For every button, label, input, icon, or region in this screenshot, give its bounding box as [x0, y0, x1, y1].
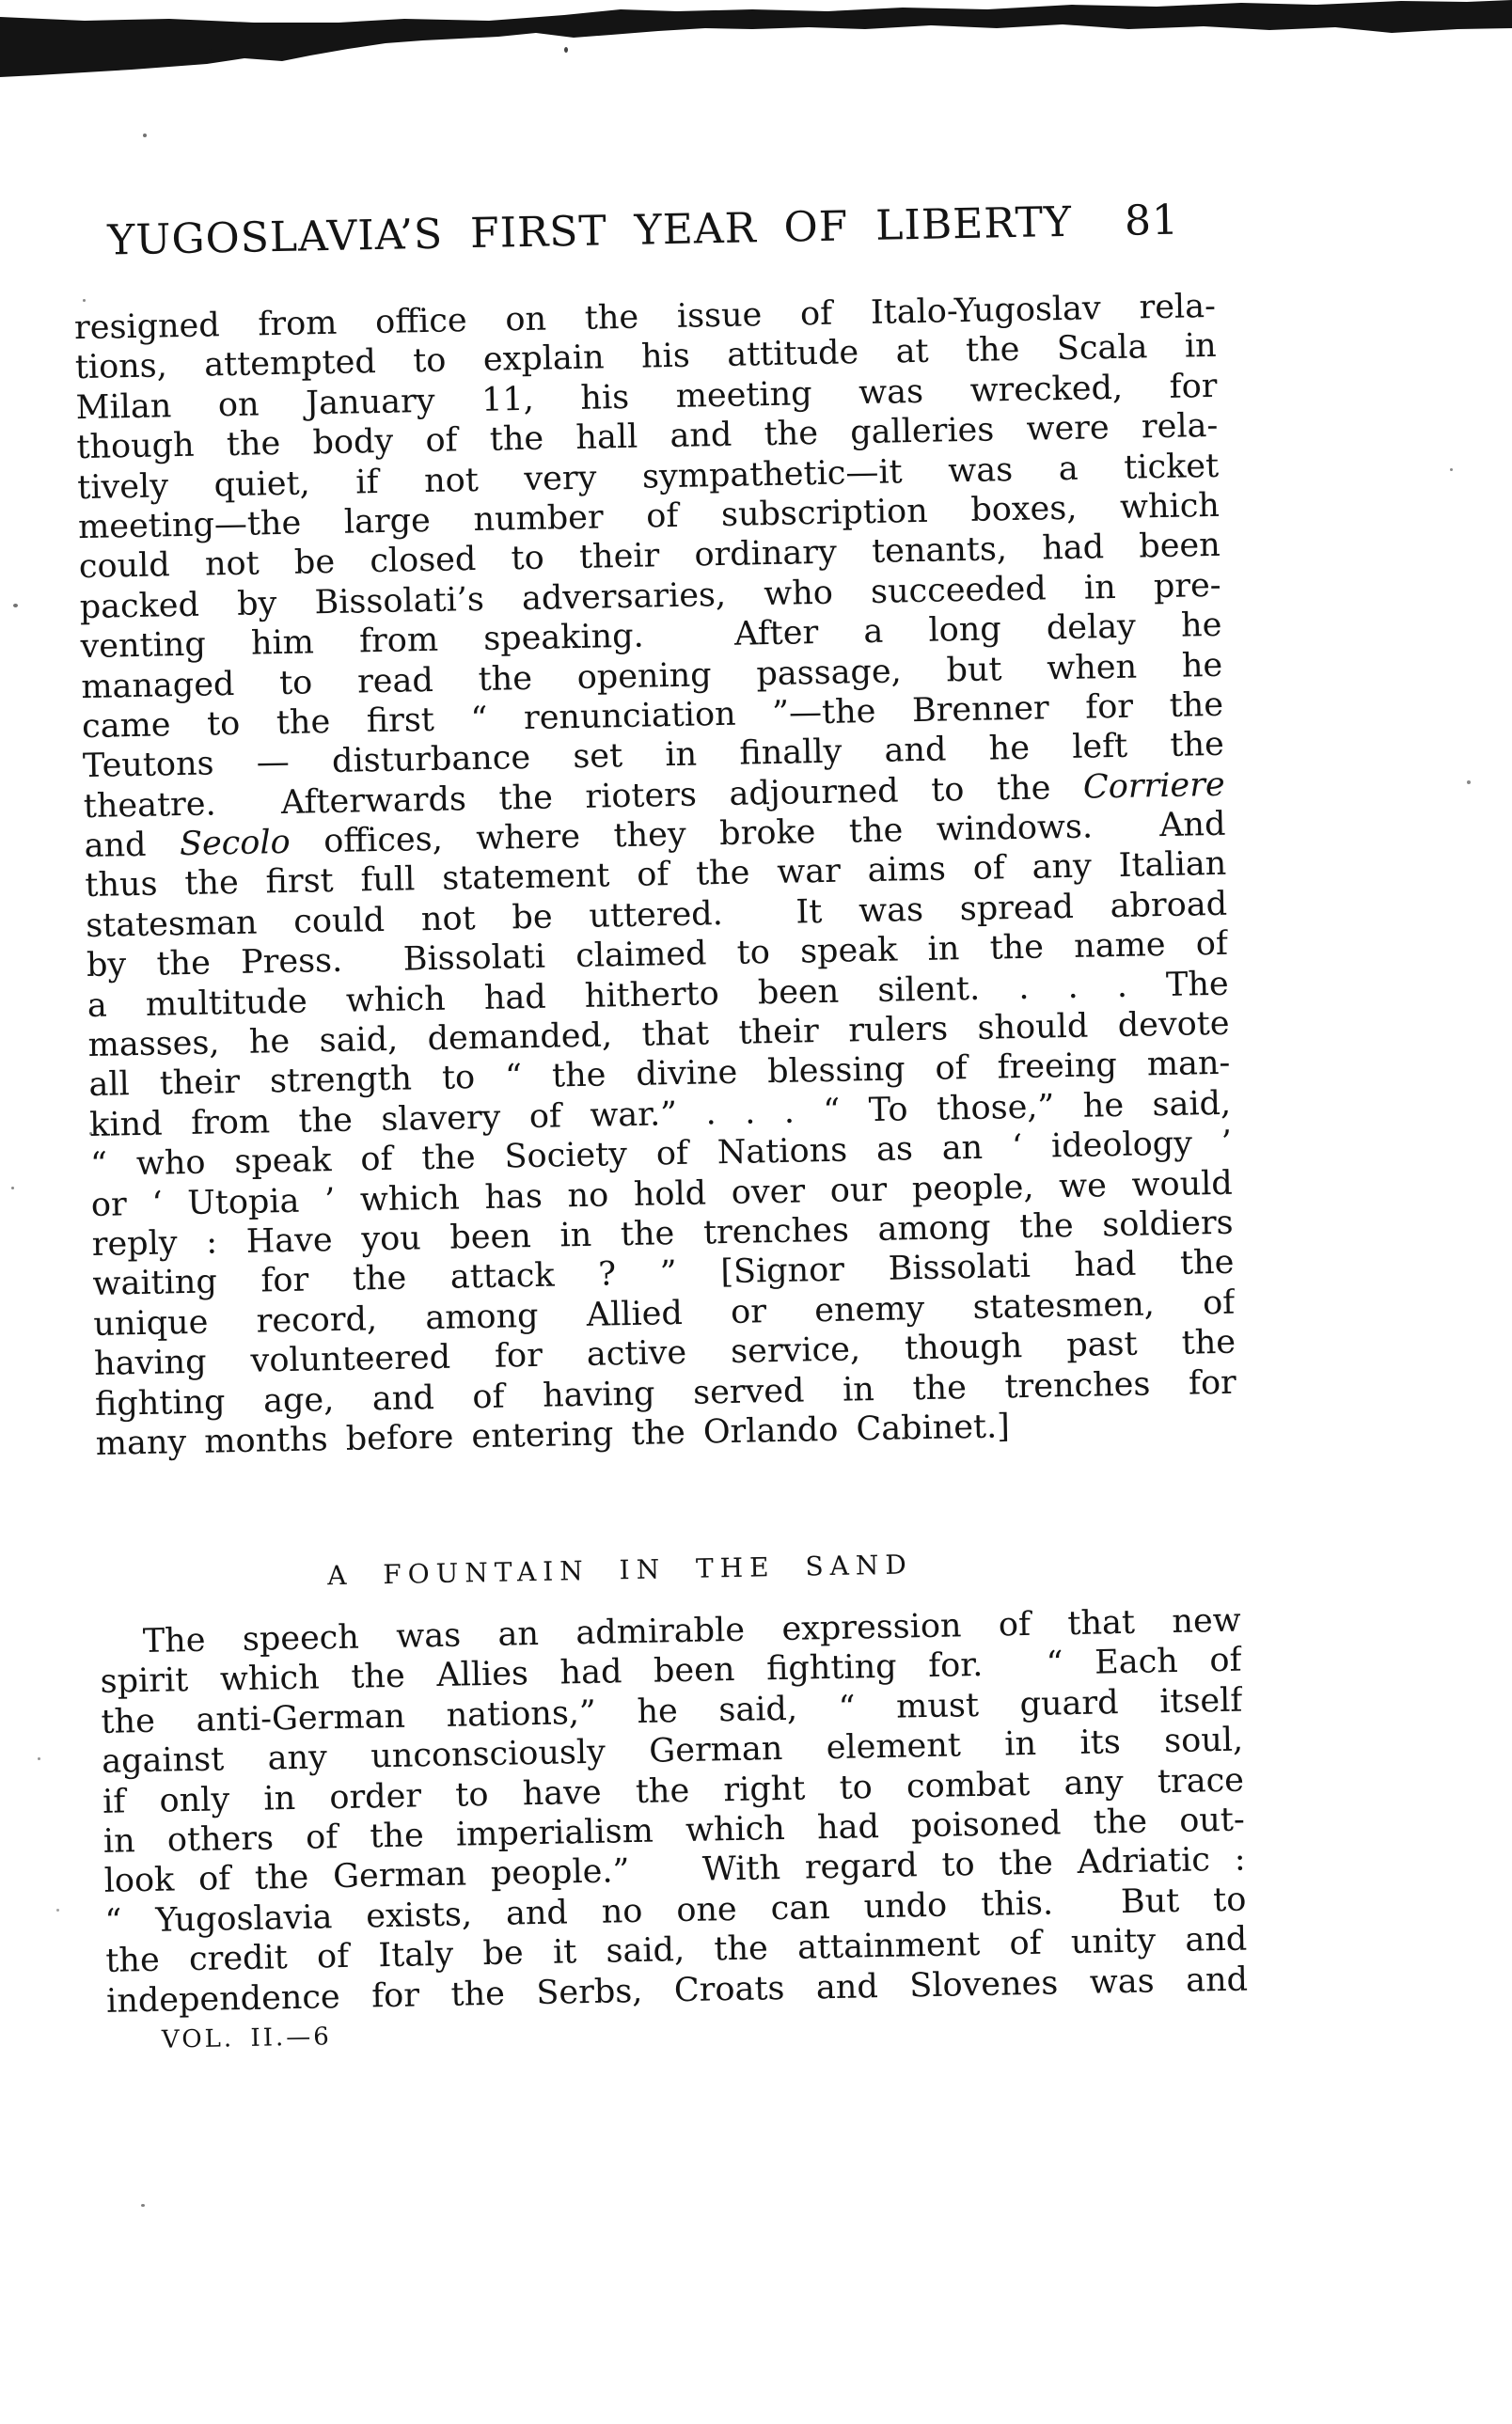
page-number: 81: [1125, 197, 1180, 245]
volume-signature: VOL. II.—6: [162, 2023, 332, 2054]
paragraph-bissolati: resigned from office on the issue of Ita…: [74, 287, 1237, 1464]
scan-artifact-band: [0, 0, 1512, 87]
paragraph-fountain: The speech was an admirable expression o…: [99, 1601, 1248, 2022]
section-heading: A FOUNTAIN IN THE SAND: [49, 1544, 1190, 1597]
running-header-title: YUGOSLAVIA’S FIRST YEAR OF LIBERTY: [107, 199, 1073, 265]
page-content: YUGOSLAVIA’S FIRST YEAR OF LIBERTY 81 re…: [72, 197, 1252, 2174]
book-page: YUGOSLAVIA’S FIRST YEAR OF LIBERTY 81 re…: [0, 0, 1512, 2424]
running-header: YUGOSLAVIA’S FIRST YEAR OF LIBERTY 81: [72, 197, 1215, 265]
